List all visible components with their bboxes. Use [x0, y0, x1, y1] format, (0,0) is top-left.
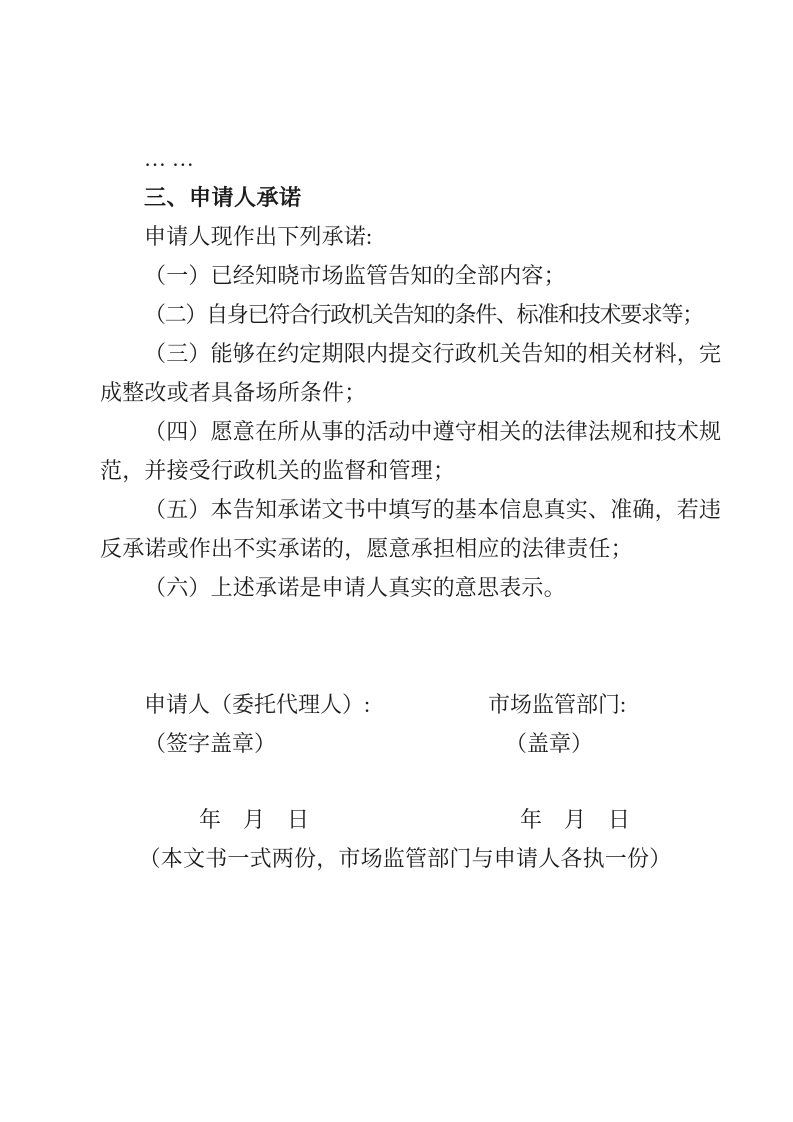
- commitment-line-1: （一）已经知晓市场监管告知的全部内容；: [100, 256, 710, 295]
- document-page: … … 三、申请人承诺 申请人现作出下列承诺: （一）已经知晓市场监管告知的全部…: [0, 0, 793, 1122]
- applicant-signature-label: 申请人（委托代理人）:: [100, 685, 370, 724]
- commitment-line-4: （四）愿意在所从事的活动中遵守相关的法律法规和技术规: [100, 412, 710, 451]
- signature-seal-row: （签字盖章） （盖章）: [100, 724, 710, 763]
- signature-block-spacer: [100, 607, 710, 685]
- signature-label-row: 申请人（委托代理人）: 市场监管部门:: [100, 685, 710, 724]
- copies-footnote: （本文书一式两份，市场监管部门与申请人各执一份）: [100, 839, 710, 878]
- commitment-line-3: （三）能够在约定期限内提交行政机关告知的相关材料，完: [100, 334, 710, 373]
- commitment-line-6: （六）上述承诺是申请人真实的意思表示。: [100, 568, 710, 607]
- date-line-left: 年 月 日: [100, 800, 309, 839]
- authority-signature-label: 市场监管部门:: [488, 685, 626, 724]
- date-row-spacer: [100, 763, 710, 800]
- section-heading: 三、申请人承诺: [100, 178, 710, 217]
- intro-line: 申请人现作出下列承诺:: [100, 217, 710, 256]
- commitment-line-3-continuation: 成整改或者具备场所条件；: [100, 373, 710, 412]
- commitment-line-2: （二）自身已符合行政机关告知的条件、标准和技术要求等；: [100, 295, 710, 334]
- commitment-line-5: （五）本告知承诺文书中填写的基本信息真实、准确，若违: [100, 490, 710, 529]
- commitment-line-4-continuation: 范，并接受行政机关的监督和管理；: [100, 451, 710, 490]
- ellipsis-line: … …: [100, 139, 710, 178]
- applicant-seal-note: （签字盖章）: [100, 724, 276, 763]
- commitment-line-5-continuation: 反承诺或作出不实承诺的，愿意承担相应的法律责任；: [100, 529, 710, 568]
- date-row: 年 月 日 年 月 日: [100, 800, 710, 839]
- date-line-right: 年 月 日: [520, 800, 630, 839]
- document-content: … … 三、申请人承诺 申请人现作出下列承诺: （一）已经知晓市场监管告知的全部…: [100, 139, 710, 878]
- authority-seal-note: （盖章）: [505, 724, 593, 763]
